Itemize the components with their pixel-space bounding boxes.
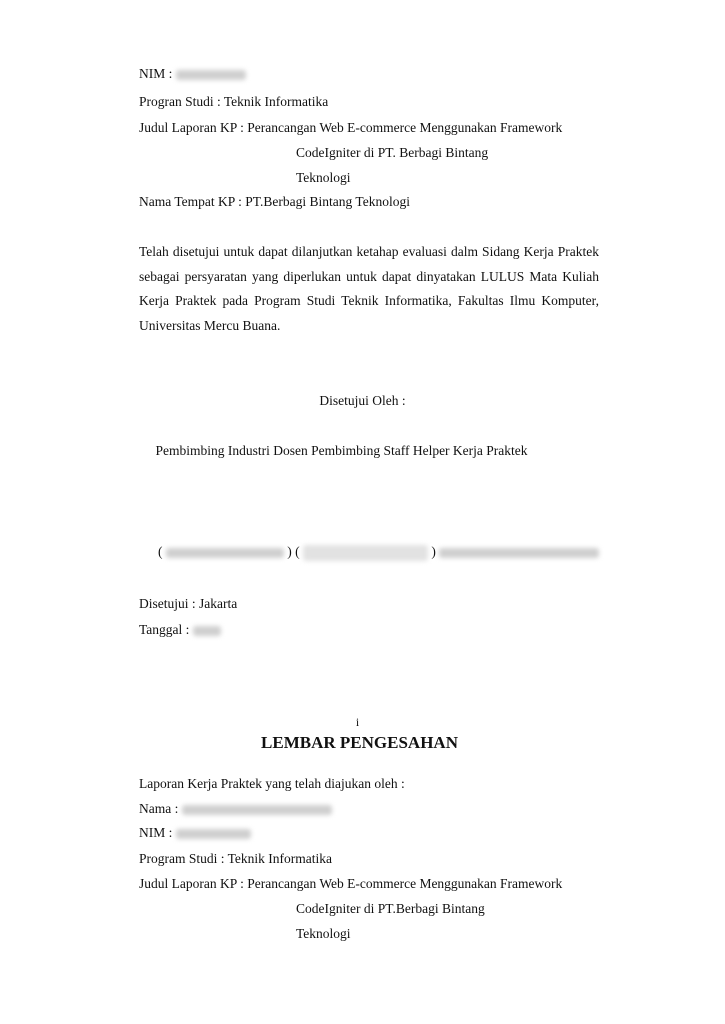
paragraph-line: sebagai persyaratan yang diperlukan untu… <box>139 265 599 290</box>
nim-row: NIM : <box>139 825 251 841</box>
nim-label: NIM : <box>139 66 172 81</box>
tanggal-row: Tanggal : <box>139 622 221 638</box>
signature-line: ( ) ( ) <box>158 544 599 561</box>
judul-line-3: Teknologi <box>296 170 351 186</box>
signatory-3-redacted <box>439 548 599 558</box>
tanggal-redacted <box>193 626 221 636</box>
intro-line: Laporan Kerja Praktek yang telah diajuka… <box>139 776 405 792</box>
page-title: LEMBAR PENGESAHAN <box>0 733 722 753</box>
judul-line-2: CodeIgniter di PT.Berbagi Bintang <box>296 901 485 917</box>
approval-paragraph: Telah disetujui untuk dapat dilanjutkan … <box>139 240 599 338</box>
roles-line: Pembimbing Industri Dosen Pembimbing Sta… <box>0 443 704 459</box>
judul-line-2: CodeIgniter di PT. Berbagi Bintang <box>296 145 488 161</box>
nim-redacted <box>176 70 246 80</box>
paragraph-line: Telah disetujui untuk dapat dilanjutkan … <box>139 240 599 265</box>
disetujui-kota: Disetujui : Jakarta <box>139 596 237 612</box>
judul-row: Judul Laporan KP : Perancangan Web E-com… <box>139 876 562 892</box>
judul-line-3: Teknologi <box>296 926 351 942</box>
judul-row: Judul Laporan KP : Perancangan Web E-com… <box>139 120 562 136</box>
nim-label: NIM : <box>139 825 172 840</box>
signatory-2-redacted <box>303 545 428 561</box>
nim-redacted <box>176 829 251 839</box>
prodi-row: Progran Studi : Teknik Informatika <box>139 94 328 110</box>
tanggal-label: Tanggal : <box>139 622 189 637</box>
signatory-1-redacted <box>166 548 284 558</box>
nama-label: Nama : <box>139 801 178 816</box>
tempat-row: Nama Tempat KP : PT.Berbagi Bintang Tekn… <box>139 194 410 210</box>
paragraph-line: Universitas Mercu Buana. <box>139 314 599 339</box>
nama-redacted <box>182 805 332 815</box>
disetujui-oleh: Disetujui Oleh : <box>0 393 725 409</box>
page-number: i <box>0 715 720 730</box>
nama-row: Nama : <box>139 801 332 817</box>
prodi-row: Program Studi : Teknik Informatika <box>139 851 332 867</box>
paragraph-line: Kerja Praktek pada Program Studi Teknik … <box>139 289 599 314</box>
nim-row: NIM : <box>139 66 246 82</box>
